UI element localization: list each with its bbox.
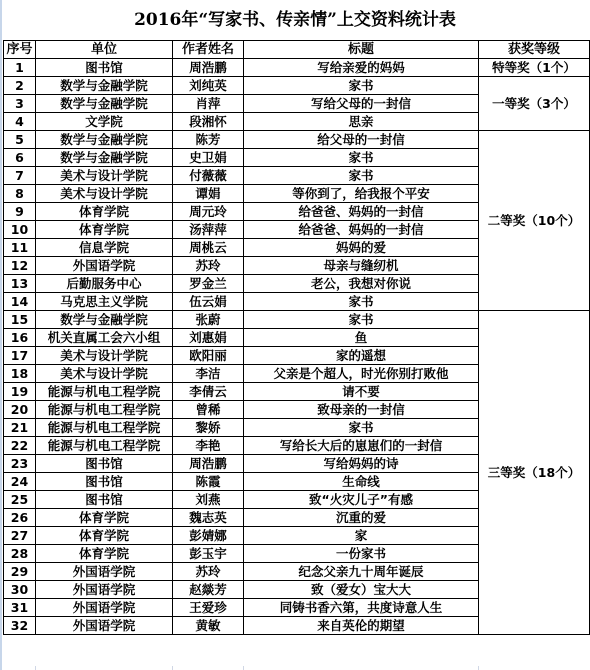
grid-line xyxy=(35,666,36,670)
cell-author[interactable]: 王爱珍 xyxy=(173,599,244,617)
cell-author[interactable]: 苏玲 xyxy=(173,257,244,275)
header-award[interactable]: 获奖等级 xyxy=(479,41,590,59)
cell-unit[interactable]: 外国语学院 xyxy=(36,617,173,635)
cell-unit[interactable]: 数学与金融学院 xyxy=(36,131,173,149)
cell-author[interactable]: 苏玲 xyxy=(173,563,244,581)
cell-title[interactable]: 母亲与缝纫机 xyxy=(244,257,479,275)
cell-author[interactable]: 曾稀 xyxy=(173,401,244,419)
cell-unit[interactable]: 体育学院 xyxy=(36,545,173,563)
cell-title[interactable]: 写给父母的一封信 xyxy=(244,95,479,113)
cell-unit[interactable]: 美术与设计学院 xyxy=(36,185,173,203)
cell-author[interactable]: 黎娇 xyxy=(173,419,244,437)
cell-no[interactable]: 20 xyxy=(4,401,36,419)
cell-award[interactable]: 三等奖（18个） xyxy=(479,311,590,635)
cell-title[interactable]: 来自英伦的期望 xyxy=(244,617,479,635)
cell-title[interactable]: 给父母的一封信 xyxy=(244,131,479,149)
sheet-left-edge xyxy=(0,0,2,670)
table-row: 15数学与金融学院张蔚家书三等奖（18个） xyxy=(4,311,590,329)
cell-no[interactable]: 19 xyxy=(4,383,36,401)
cell-author[interactable]: 魏志英 xyxy=(173,509,244,527)
cell-author[interactable]: 李艳 xyxy=(173,437,244,455)
cell-author[interactable]: 彭玉宇 xyxy=(173,545,244,563)
cell-no[interactable]: 11 xyxy=(4,239,36,257)
cell-no[interactable]: 13 xyxy=(4,275,36,293)
cell-unit[interactable]: 外国语学院 xyxy=(36,581,173,599)
cell-no[interactable]: 22 xyxy=(4,437,36,455)
cell-no[interactable]: 12 xyxy=(4,257,36,275)
header-unit[interactable]: 单位 xyxy=(36,41,173,59)
sheet-title: 2016年“写家书、传亲情”上交资料统计表 xyxy=(0,0,590,40)
cell-no[interactable]: 32 xyxy=(4,617,36,635)
cell-unit[interactable]: 美术与设计学院 xyxy=(36,365,173,383)
cell-author[interactable]: 肖萍 xyxy=(173,95,244,113)
cell-title[interactable]: 写给妈妈的诗 xyxy=(244,455,479,473)
cell-author[interactable]: 李洁 xyxy=(173,365,244,383)
cell-no[interactable]: 9 xyxy=(4,203,36,221)
cell-title[interactable]: 生命线 xyxy=(244,473,479,491)
statistics-table: 序号 单位 作者姓名 标题 获奖等级 1图书馆周浩鹏写给亲爱的妈妈特等奖（1个）… xyxy=(3,40,590,635)
grid-line xyxy=(243,666,244,670)
cell-unit[interactable]: 美术与设计学院 xyxy=(36,347,173,365)
cell-title[interactable]: 致（爱女）宝大大 xyxy=(244,581,479,599)
cell-author[interactable]: 黄敏 xyxy=(173,617,244,635)
cell-unit[interactable]: 图书馆 xyxy=(36,473,173,491)
cell-title[interactable]: 思亲 xyxy=(244,113,479,131)
cell-unit[interactable]: 体育学院 xyxy=(36,203,173,221)
cell-unit[interactable]: 体育学院 xyxy=(36,221,173,239)
cell-no[interactable]: 25 xyxy=(4,491,36,509)
cell-no[interactable]: 30 xyxy=(4,581,36,599)
cell-no[interactable]: 4 xyxy=(4,113,36,131)
cell-title[interactable]: 写给亲爱的妈妈 xyxy=(244,59,479,77)
table-row: 1图书馆周浩鹏写给亲爱的妈妈特等奖（1个） xyxy=(4,59,590,77)
cell-award[interactable]: 二等奖（10个） xyxy=(479,131,590,311)
cell-unit[interactable]: 外国语学院 xyxy=(36,563,173,581)
cell-no[interactable]: 24 xyxy=(4,473,36,491)
cell-unit[interactable]: 机关直属工会六小组 xyxy=(36,329,173,347)
cell-no[interactable]: 3 xyxy=(4,95,36,113)
cell-author[interactable]: 李倩云 xyxy=(173,383,244,401)
cell-no[interactable]: 7 xyxy=(4,167,36,185)
cell-author[interactable]: 赵燚芳 xyxy=(173,581,244,599)
cell-no[interactable]: 16 xyxy=(4,329,36,347)
cell-unit[interactable]: 图书馆 xyxy=(36,455,173,473)
cell-title[interactable]: 家书 xyxy=(244,149,479,167)
cell-title[interactable]: 家书 xyxy=(244,419,479,437)
cell-unit[interactable]: 数学与金融学院 xyxy=(36,149,173,167)
cell-author[interactable]: 伍云娟 xyxy=(173,293,244,311)
header-author[interactable]: 作者姓名 xyxy=(173,41,244,59)
cell-title[interactable]: 沉重的爱 xyxy=(244,509,479,527)
cell-title[interactable]: 家 xyxy=(244,527,479,545)
cell-author[interactable]: 刘惠娟 xyxy=(173,329,244,347)
cell-unit[interactable]: 马克思主义学院 xyxy=(36,293,173,311)
cell-unit[interactable]: 体育学院 xyxy=(36,509,173,527)
cell-title[interactable]: 致“火灾儿子”有感 xyxy=(244,491,479,509)
cell-unit[interactable]: 数学与金融学院 xyxy=(36,77,173,95)
cell-no[interactable]: 27 xyxy=(4,527,36,545)
cell-unit[interactable]: 能源与机电工程学院 xyxy=(36,419,173,437)
cell-no[interactable]: 31 xyxy=(4,599,36,617)
cell-title[interactable]: 家书 xyxy=(244,167,479,185)
cell-title[interactable]: 请不要 xyxy=(244,383,479,401)
cell-no[interactable]: 17 xyxy=(4,347,36,365)
cell-title[interactable]: 家的遥想 xyxy=(244,347,479,365)
cell-unit[interactable]: 美术与设计学院 xyxy=(36,167,173,185)
cell-unit[interactable]: 后勤服务中心 xyxy=(36,275,173,293)
cell-unit[interactable]: 信息学院 xyxy=(36,239,173,257)
cell-author[interactable]: 周浩鹏 xyxy=(173,455,244,473)
cell-unit[interactable]: 体育学院 xyxy=(36,527,173,545)
cell-unit[interactable]: 图书馆 xyxy=(36,59,173,77)
cell-no[interactable]: 8 xyxy=(4,185,36,203)
cell-author[interactable]: 欧阳丽 xyxy=(173,347,244,365)
cell-no[interactable]: 29 xyxy=(4,563,36,581)
cell-author[interactable]: 段湘怀 xyxy=(173,113,244,131)
cell-no[interactable]: 10 xyxy=(4,221,36,239)
cell-no[interactable]: 21 xyxy=(4,419,36,437)
cell-title[interactable]: 致母亲的一封信 xyxy=(244,401,479,419)
cell-author[interactable]: 张蔚 xyxy=(173,311,244,329)
cell-title[interactable]: 一份家书 xyxy=(244,545,479,563)
cell-title[interactable]: 写给长大后的崽崽们的一封信 xyxy=(244,437,479,455)
cell-award[interactable]: 一等奖（3个） xyxy=(479,77,590,131)
header-no[interactable]: 序号 xyxy=(4,41,36,59)
cell-title[interactable]: 家书 xyxy=(244,311,479,329)
cell-unit[interactable]: 数学与金融学院 xyxy=(36,311,173,329)
table-row: 2数学与金融学院刘纯英家书一等奖（3个） xyxy=(4,77,590,95)
cell-title[interactable]: 妈妈的爱 xyxy=(244,239,479,257)
header-row: 序号 单位 作者姓名 标题 获奖等级 xyxy=(4,41,590,59)
cell-title[interactable]: 纪念父亲九十周年诞辰 xyxy=(244,563,479,581)
cell-author[interactable]: 刘纯英 xyxy=(173,77,244,95)
cell-author[interactable]: 刘燕 xyxy=(173,491,244,509)
cell-author[interactable]: 彭婧娜 xyxy=(173,527,244,545)
cell-no[interactable]: 6 xyxy=(4,149,36,167)
cell-title[interactable]: 等你到了，给我报个平安 xyxy=(244,185,479,203)
cell-unit[interactable]: 能源与机电工程学院 xyxy=(36,401,173,419)
grid-line xyxy=(478,666,479,670)
cell-unit[interactable]: 文学院 xyxy=(36,113,173,131)
cell-unit[interactable]: 外国语学院 xyxy=(36,257,173,275)
cell-author[interactable]: 付薇薇 xyxy=(173,167,244,185)
cell-unit[interactable]: 图书馆 xyxy=(36,491,173,509)
table-row: 5数学与金融学院陈芳给父母的一封信二等奖（10个） xyxy=(4,131,590,149)
cell-title[interactable]: 父亲是个超人，时光你别打败他 xyxy=(244,365,479,383)
cell-no[interactable]: 14 xyxy=(4,293,36,311)
cell-author[interactable]: 汤萍萍 xyxy=(173,221,244,239)
cell-title[interactable]: 家书 xyxy=(244,77,479,95)
cell-unit[interactable]: 能源与机电工程学院 xyxy=(36,437,173,455)
cell-no[interactable]: 23 xyxy=(4,455,36,473)
cell-author[interactable]: 罗金兰 xyxy=(173,275,244,293)
cell-title[interactable]: 给爸爸、妈妈的一封信 xyxy=(244,203,479,221)
cell-no[interactable]: 2 xyxy=(4,77,36,95)
cell-unit[interactable]: 数学与金融学院 xyxy=(36,95,173,113)
cell-title[interactable]: 同铸书香六第，共度诗意人生 xyxy=(244,599,479,617)
cell-author[interactable]: 周桃云 xyxy=(173,239,244,257)
cell-author[interactable]: 史卫娟 xyxy=(173,149,244,167)
grid-line xyxy=(172,666,173,670)
cell-author[interactable]: 谭娟 xyxy=(173,185,244,203)
cell-no[interactable]: 26 xyxy=(4,509,36,527)
cell-author[interactable]: 周元玲 xyxy=(173,203,244,221)
cell-no[interactable]: 1 xyxy=(4,59,36,77)
cell-no[interactable]: 5 xyxy=(4,131,36,149)
cell-no[interactable]: 15 xyxy=(4,311,36,329)
cell-author[interactable]: 周浩鹏 xyxy=(173,59,244,77)
header-title[interactable]: 标题 xyxy=(244,41,479,59)
cell-title[interactable]: 家书 xyxy=(244,293,479,311)
cell-title[interactable]: 老公，我想对你说 xyxy=(244,275,479,293)
cell-unit[interactable]: 外国语学院 xyxy=(36,599,173,617)
cell-no[interactable]: 18 xyxy=(4,365,36,383)
cell-author[interactable]: 陈芳 xyxy=(173,131,244,149)
cell-no[interactable]: 28 xyxy=(4,545,36,563)
cell-title[interactable]: 给爸爸、妈妈的一封信 xyxy=(244,221,479,239)
cell-unit[interactable]: 能源与机电工程学院 xyxy=(36,383,173,401)
cell-award[interactable]: 特等奖（1个） xyxy=(479,59,590,77)
cell-author[interactable]: 陈霞 xyxy=(173,473,244,491)
cell-title[interactable]: 鱼 xyxy=(244,329,479,347)
